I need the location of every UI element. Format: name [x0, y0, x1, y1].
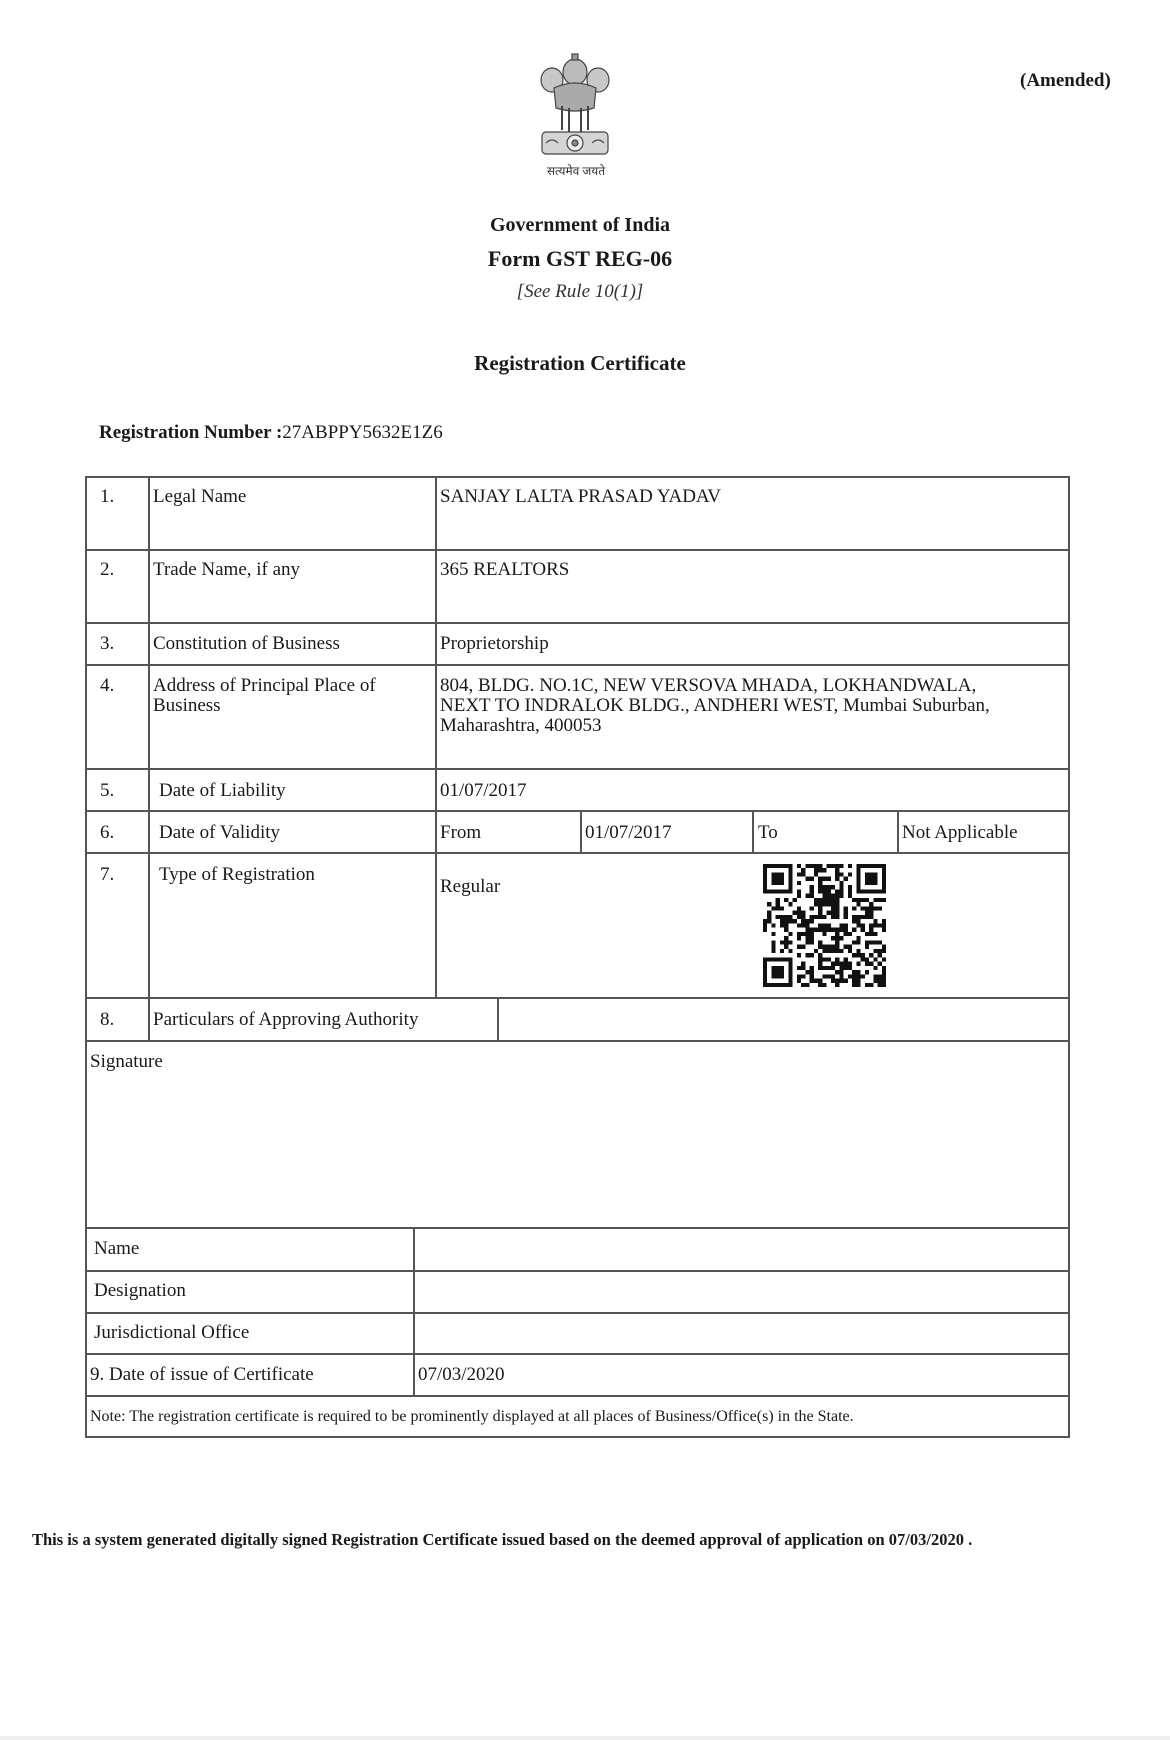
rule-reference: [See Rule 10(1)]	[0, 281, 1160, 303]
constitution-value: Proprietorship	[440, 634, 549, 654]
liability-date-value: 01/07/2017	[440, 781, 527, 801]
registration-number-label: Registration Number :	[99, 422, 282, 443]
form-title: Form GST REG-06	[0, 246, 1160, 272]
registration-type-label: Type of Registration	[159, 865, 315, 885]
row-number: 6.	[100, 823, 114, 843]
motto: सत्यमेव जयते	[536, 162, 616, 179]
legal-name-value: SANJAY LALTA PRASAD YADAV	[440, 487, 721, 507]
registration-number-value: 27ABPPY5632E1Z6	[282, 422, 442, 443]
address-label: Address of Principal Place of Business	[153, 676, 413, 716]
trade-name-value: 365 REALTORS	[440, 560, 569, 580]
validity-from-value: 01/07/2017	[585, 823, 672, 843]
authority-name-label: Name	[94, 1239, 139, 1259]
address-value: 804, BLDG. NO.1C, NEW VERSOVA MHADA, LOK…	[440, 676, 990, 736]
validity-label: Date of Validity	[159, 823, 280, 843]
registration-type-value: Regular	[440, 877, 500, 897]
row-number: 1.	[100, 487, 114, 507]
authority-designation-label: Designation	[94, 1281, 186, 1301]
validity-to-label: To	[758, 823, 778, 843]
qr-code-icon	[763, 864, 886, 987]
issue-date-label: 9. Date of issue of Certificate	[90, 1365, 314, 1385]
row-number: 5.	[100, 781, 114, 801]
constitution-label: Constitution of Business	[153, 634, 340, 654]
validity-from-label: From	[440, 823, 481, 843]
national-emblem-icon	[532, 48, 618, 164]
row-number: 8.	[100, 1010, 114, 1030]
trade-name-label: Trade Name, if any	[153, 560, 300, 580]
document-title: Registration Certificate	[0, 351, 1160, 376]
validity-to-value: Not Applicable	[902, 823, 1018, 843]
signature-label: Signature	[90, 1052, 163, 1072]
government-heading: Government of India	[0, 214, 1160, 237]
approving-authority-label: Particulars of Approving Authority	[153, 1010, 418, 1030]
amended-tag: (Amended)	[1020, 70, 1111, 92]
jurisdictional-office-label: Jurisdictional Office	[94, 1323, 249, 1343]
system-generated-statement: This is a system generated digitally sig…	[32, 1530, 972, 1550]
display-note: Note: The registration certificate is re…	[90, 1407, 854, 1427]
address-line: Maharashtra, 400053	[440, 716, 990, 736]
row-number: 2.	[100, 560, 114, 580]
registration-number: Registration Number :27ABPPY5632E1Z6	[99, 422, 443, 444]
legal-name-label: Legal Name	[153, 487, 246, 507]
issue-date-value: 07/03/2020	[418, 1365, 505, 1385]
row-number: 4.	[100, 676, 114, 696]
row-number: 7.	[100, 865, 114, 885]
address-line: 804, BLDG. NO.1C, NEW VERSOVA MHADA, LOK…	[440, 676, 990, 696]
liability-date-label: Date of Liability	[159, 781, 286, 801]
page-edge	[0, 1736, 1170, 1740]
row-number: 3.	[100, 634, 114, 654]
address-line: NEXT TO INDRALOK BLDG., ANDHERI WEST, Mu…	[440, 696, 990, 716]
